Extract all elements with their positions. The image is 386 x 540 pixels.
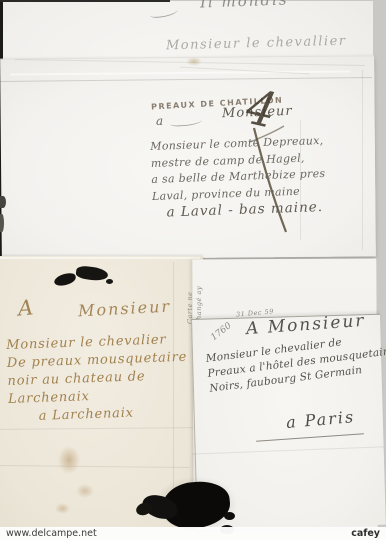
stain <box>55 503 70 514</box>
torn-edge <box>0 196 6 208</box>
ink-blot <box>75 265 108 282</box>
pencil-note-vertical: Carte ne changé ay <box>186 260 204 324</box>
handwriting-to-prefix: A <box>17 295 34 320</box>
watermark-seller: cafey <box>351 528 380 539</box>
crease-highlight <box>0 257 200 259</box>
watermark-bar: www.delcampe.net cafey <box>0 527 386 540</box>
ink-smudge <box>54 266 116 292</box>
ink-blot <box>53 272 77 287</box>
handwriting-address-bottom-left: Monsieur le chevalier De preaux mousquet… <box>6 330 199 427</box>
photo-old-letters: Il mondis Monsieur le chevallier PREAUX … <box>0 0 386 540</box>
photo-edge-top <box>0 0 170 2</box>
pencil-note-line: Carte ne <box>186 260 195 324</box>
handwriting-prefix: a <box>156 114 163 128</box>
stain <box>76 484 94 498</box>
stain <box>186 57 202 66</box>
paper-fold-edge <box>362 70 363 250</box>
handwriting-address-middle: Monsieur le comte Depreaux, mestre de ca… <box>150 133 328 222</box>
watermark-site: www.delcampe.net <box>6 528 97 539</box>
ink-blot <box>106 279 113 284</box>
torn-edge <box>0 214 4 232</box>
stain <box>58 446 80 474</box>
pencil-note-line: changé ay <box>195 260 204 324</box>
wax-seal-blob <box>224 512 235 520</box>
